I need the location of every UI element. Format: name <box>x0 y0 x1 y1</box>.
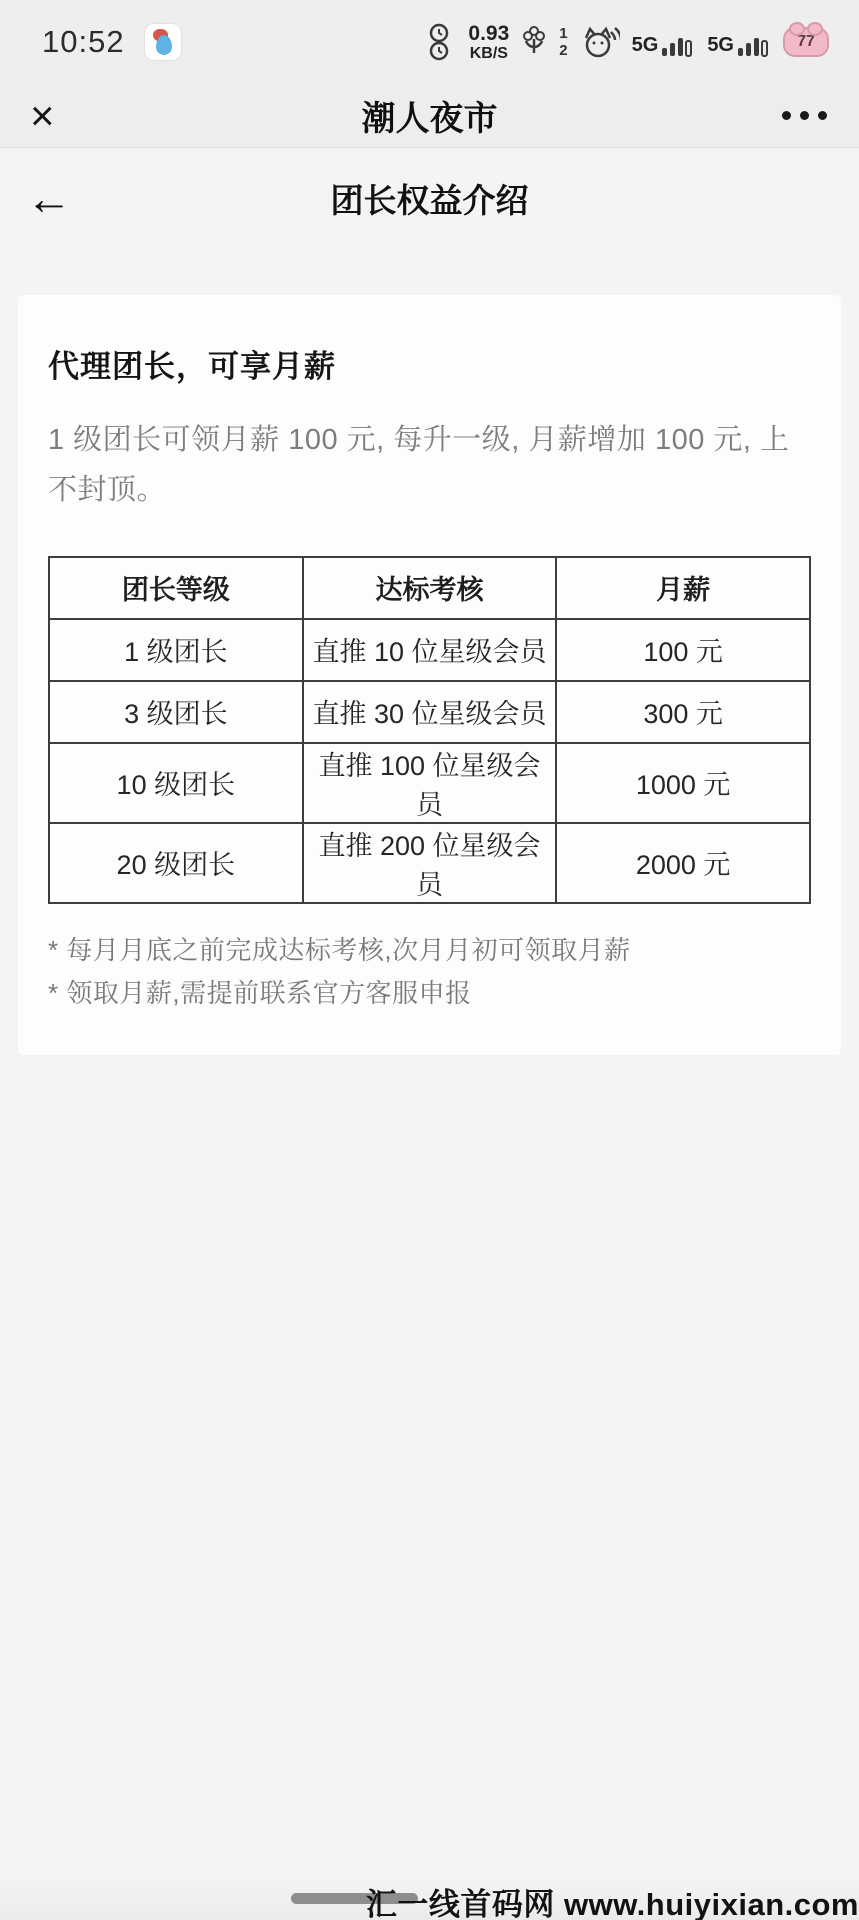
signal-5g-1: 5G <box>632 27 696 57</box>
notification-app-icon <box>145 24 181 60</box>
table-cell: 1000 元 <box>556 743 810 823</box>
flower-sim-icon <box>521 23 547 61</box>
close-icon[interactable]: × <box>30 95 55 137</box>
salary-table-body: 1 级团长直推 10 位星级会员100 元3 级团长直推 30 位星级会员300… <box>49 619 810 903</box>
table-cell: 10 级团长 <box>49 743 303 823</box>
page-header: ← 团长权益介绍 <box>0 148 859 248</box>
benefits-card: 代理团长，可享月薪 1 级团长可领月薪 100 元, 每升一级, 月薪增加 10… <box>18 295 841 1055</box>
more-menu-icon[interactable] <box>780 101 829 130</box>
table-row: 1 级团长直推 10 位星级会员100 元 <box>49 619 810 681</box>
clock-pair-icon <box>426 23 456 61</box>
table-cell: 直推 10 位星级会员 <box>303 619 557 681</box>
salary-table-column-header: 达标考核 <box>303 557 557 619</box>
signal-5g-2: 5G <box>707 27 771 57</box>
card-heading: 代理团长，可享月薪 <box>48 341 811 386</box>
footnotes: * 每月月底之前完成达标考核,次月月初可领取月薪 * 领取月薪,需提前联系官方客… <box>48 932 811 1013</box>
status-bar: 10:52 0.93 KB/S 1 <box>0 0 859 84</box>
card-description: 1 级团长可领月薪 100 元, 每升一级, 月薪增加 100 元, 上不封顶。 <box>48 416 811 516</box>
table-cell: 直推 30 位星级会员 <box>303 681 557 743</box>
table-cell: 2000 元 <box>556 823 810 903</box>
webview-title: 潮人夜市 <box>0 91 859 140</box>
table-row: 20 级团长直推 200 位星级会员2000 元 <box>49 823 810 903</box>
salary-table-column-header: 团长等级 <box>49 557 303 619</box>
battery-frog-icon: 77 <box>783 27 829 57</box>
wifi-cat-icon <box>580 22 620 62</box>
table-row: 10 级团长直推 100 位星级会员1000 元 <box>49 743 810 823</box>
salary-table: 团长等级达标考核月薪 1 级团长直推 10 位星级会员100 元3 级团长直推 … <box>48 556 811 904</box>
table-cell: 100 元 <box>556 619 810 681</box>
salary-table-column-header: 月薪 <box>556 557 810 619</box>
network-speed: 0.93 KB/S <box>468 23 509 62</box>
table-cell: 20 级团长 <box>49 823 303 903</box>
page-title: 团长权益介绍 <box>0 175 859 222</box>
table-row: 3 级团长直推 30 位星级会员300 元 <box>49 681 810 743</box>
webview-header: × 潮人夜市 <box>0 84 859 148</box>
footnote-line: * 领取月薪,需提前联系官方客服申报 <box>48 975 811 1013</box>
status-time: 10:52 <box>42 24 125 60</box>
table-cell: 直推 200 位星级会员 <box>303 823 557 903</box>
watermark-text: 汇一线首码网 www.huiyixian.com <box>366 1879 859 1920</box>
table-cell: 直推 100 位星级会员 <box>303 743 557 823</box>
table-cell: 300 元 <box>556 681 810 743</box>
footnote-line: * 每月月底之前完成达标考核,次月月初可领取月薪 <box>48 932 811 970</box>
back-arrow-icon[interactable]: ← <box>26 175 72 221</box>
table-cell: 1 级团长 <box>49 619 303 681</box>
table-cell: 3 级团长 <box>49 681 303 743</box>
sim-slot-numbers: 1 2 <box>559 26 567 58</box>
salary-table-header-row: 团长等级达标考核月薪 <box>49 557 810 619</box>
